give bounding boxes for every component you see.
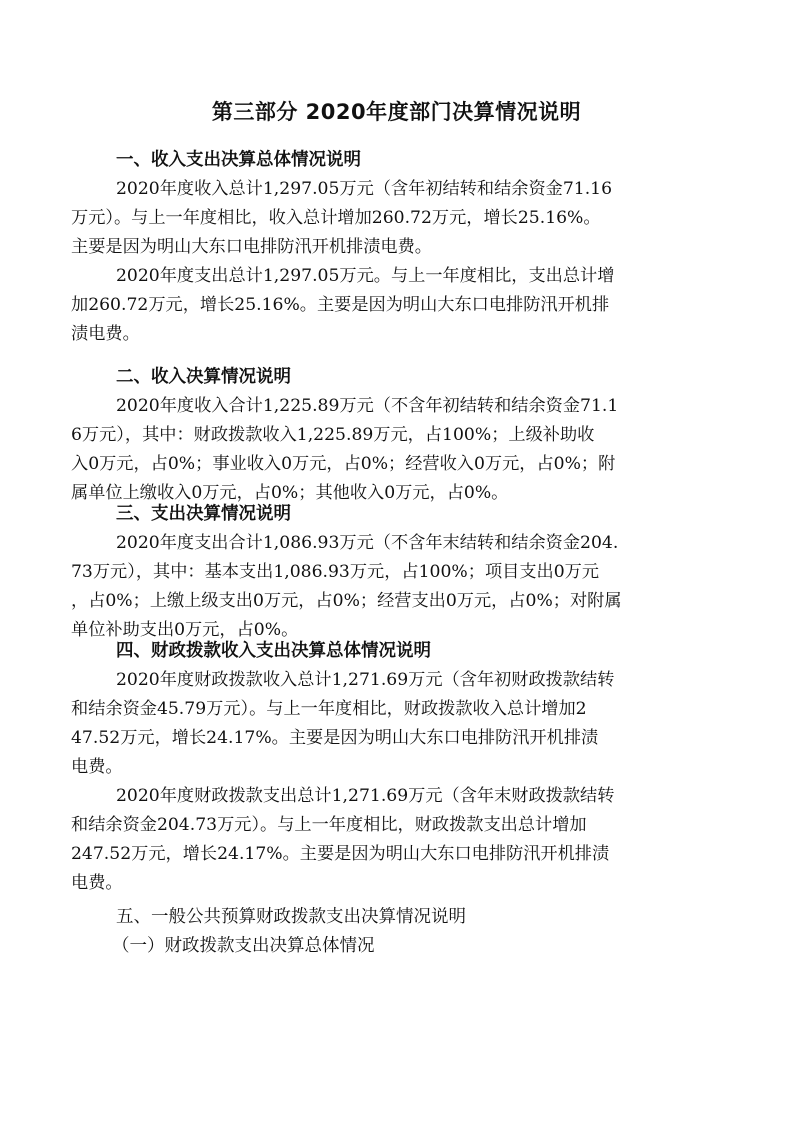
page-title: 第三部分 2020年度部门决算情况说明 xyxy=(0,96,793,126)
paragraph-line: 2020年度收入总计1,297.05万元（含年初结转和结余资金71.16 xyxy=(116,175,612,204)
section-heading-2: 二、收入决算情况说明 xyxy=(116,363,291,392)
paragraph-line: 2020年度支出合计1,086.93万元（不含年末结转和结余资金204. xyxy=(116,529,618,558)
section-heading-5: 五、一般公共预算财政拨款支出决算情况说明 xyxy=(116,903,466,932)
paragraph-line: 万元）。与上一年度相比，收入总计增加260.72万元，增长25.16%。 xyxy=(71,204,601,233)
paragraph-line: 73万元），其中：基本支出1,086.93万元，占100%；项目支出0万元 xyxy=(71,558,599,587)
paragraph-line: 加260.72万元，增长25.16%。主要是因为明山大东口电排防汛开机排 xyxy=(71,291,609,320)
paragraph-line: 2020年度支出总计1,297.05万元。与上一年度相比，支出总计增 xyxy=(116,262,614,291)
paragraph-line: 渍电费。 xyxy=(71,320,140,349)
paragraph-line: 247.52万元，增长24.17%。主要是因为明山大东口电排防汛开机排渍 xyxy=(71,840,609,869)
paragraph-line: 47.52万元，增长24.17%。主要是因为明山大东口电排防汛开机排渍 xyxy=(71,724,598,753)
paragraph-line: 6万元），其中：财政拨款收入1,225.89万元，占100%；上级补助收 xyxy=(71,421,594,450)
document-page: 第三部分 2020年度部门决算情况说明 一、收入支出决算总体情况说明 2020年… xyxy=(0,0,793,1122)
paragraph-line: 2020年度财政拨款收入总计1,271.69万元（含年初财政拨款结转 xyxy=(116,666,614,695)
subsection-heading: （一）财政拨款支出决算总体情况 xyxy=(112,932,375,961)
section-heading-4: 四、财政拨款收入支出决算总体情况说明 xyxy=(116,637,431,666)
paragraph-line: 入0万元，占0%；事业收入0万元，占0%；经营收入0万元，占0%；附 xyxy=(71,450,615,479)
section-heading-1: 一、收入支出决算总体情况说明 xyxy=(116,146,361,175)
section-heading-3: 三、支出决算情况说明 xyxy=(116,500,291,529)
paragraph-line: 2020年度收入合计1,225.89万元（不含年初结转和结余资金71.1 xyxy=(116,392,618,421)
paragraph-line: 和结余资金204.73万元）。与上一年度相比，财政拨款支出总计增加 xyxy=(71,811,587,840)
paragraph-line: 和结余资金45.79万元）。与上一年度相比，财政拨款收入总计增加2 xyxy=(71,695,587,724)
paragraph-line: 2020年度财政拨款支出总计1,271.69万元（含年末财政拨款结转 xyxy=(116,782,614,811)
paragraph-line: ，占0%；上缴上级支出0万元，占0%；经营支出0万元，占0%；对附属 xyxy=(71,587,622,616)
paragraph-line: 电费。 xyxy=(71,753,123,782)
paragraph-line: 主要是因为明山大东口电排防汛开机排渍电费。 xyxy=(71,233,432,262)
paragraph-line: 电费。 xyxy=(71,869,123,898)
